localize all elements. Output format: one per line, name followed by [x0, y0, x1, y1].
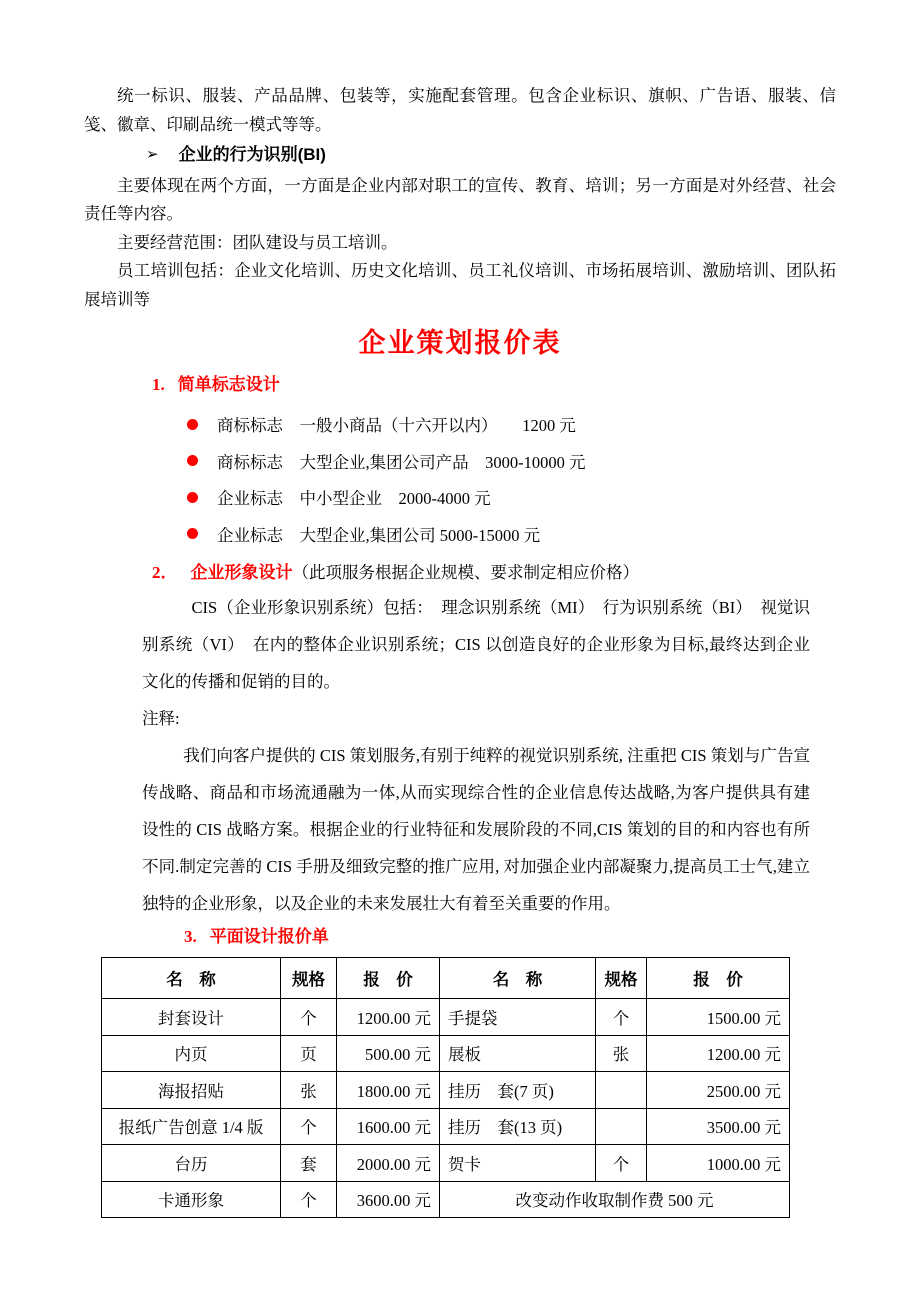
cell-price-right: 1000.00 元 — [647, 1145, 790, 1182]
table-row: 卡通形象 个 3600.00 元 改变动作收取制作费 500 元 — [102, 1181, 790, 1218]
document-page: 统一标识、服装、产品品牌、包装等，实施配套管理。包含企业标识、旗帜、广告语、服装… — [0, 0, 920, 1302]
section2-heading: 2．企业形象设计（此项服务根据企业规模、要求制定相应价格） — [152, 560, 836, 586]
col-header-name-right: 名 称 — [440, 958, 596, 999]
table-row: 封套设计 个 1200.00 元 手提袋 个 1500.00 元 — [102, 999, 790, 1036]
cell-price-right: 1200.00 元 — [647, 1035, 790, 1072]
page-title: 企业策划报价表 — [84, 324, 836, 362]
bullet-icon — [187, 528, 198, 539]
table-header-row: 名 称 规格 报 价 名 称 规格 报 价 — [102, 958, 790, 999]
cell-price-left: 1600.00 元 — [337, 1108, 440, 1145]
col-header-price-left: 报 价 — [337, 958, 440, 999]
cell-price-right: 1500.00 元 — [647, 999, 790, 1036]
cell-merged-note: 改变动作收取制作费 500 元 — [440, 1181, 790, 1218]
cell-name-left: 报纸广告创意 1/4 版 — [102, 1108, 281, 1145]
cell-name-left: 卡通形象 — [102, 1181, 281, 1218]
cell-price-left: 1200.00 元 — [337, 999, 440, 1036]
cis-body-paragraph: 我们向客户提供的 CIS 策划服务,有别于纯粹的视觉识别系统, 注重把 CIS … — [142, 737, 810, 922]
cell-spec-left: 套 — [281, 1145, 337, 1182]
cell-spec-right: 张 — [596, 1035, 647, 1072]
cell-spec-right: 个 — [596, 1145, 647, 1182]
list-item-text: 企业标志 大型企业,集团公司 5000-15000 元 — [217, 522, 540, 546]
list-item: 企业标志 大型企业,集团公司 5000-15000 元 — [187, 516, 836, 553]
bullet-icon — [187, 419, 198, 430]
col-header-price-right: 报 价 — [647, 958, 790, 999]
cell-price-left: 3600.00 元 — [337, 1181, 440, 1218]
cell-spec-right — [596, 1072, 647, 1109]
logo-price-list: 商标标志 一般小商品（十六开以内） 1200 元 商标标志 大型企业,集团公司产… — [84, 406, 836, 552]
intro-paragraph-3: 主要经营范围：团队建设与员工培训。 — [84, 229, 836, 258]
list-item-text: 商标标志 一般小商品（十六开以内） 1200 元 — [217, 412, 576, 436]
cell-price-right: 3500.00 元 — [647, 1108, 790, 1145]
cell-price-right: 2500.00 元 — [647, 1072, 790, 1109]
design-price-table: 名 称 规格 报 价 名 称 规格 报 价 封套设计 个 1200.00 元 手… — [101, 957, 790, 1218]
section3-number: 3. — [184, 927, 197, 946]
cell-spec-right: 个 — [596, 999, 647, 1036]
section1-heading: 1.简单标志设计 — [152, 372, 836, 398]
list-item: 商标标志 一般小商品（十六开以内） 1200 元 — [187, 406, 836, 443]
bullet-icon — [187, 455, 198, 466]
cell-name-right: 挂历 套(13 页) — [440, 1108, 596, 1145]
list-item-text: 企业标志 中小型企业 2000-4000 元 — [217, 485, 491, 509]
cell-price-left: 1800.00 元 — [337, 1072, 440, 1109]
arrowhead-bullet-icon: ➢ — [146, 141, 159, 170]
cell-spec-left: 页 — [281, 1035, 337, 1072]
table-row: 海报招贴 张 1800.00 元 挂历 套(7 页) 2500.00 元 — [102, 1072, 790, 1109]
cell-name-right: 展板 — [440, 1035, 596, 1072]
col-header-name-left: 名 称 — [102, 958, 281, 999]
section3-heading-label: 平面设计报价单 — [210, 927, 329, 946]
cell-name-right: 贺卡 — [440, 1145, 596, 1182]
cell-spec-left: 个 — [281, 1181, 337, 1218]
cell-name-left: 台历 — [102, 1145, 281, 1182]
cell-price-left: 2000.00 元 — [337, 1145, 440, 1182]
bi-bullet-line: ➢ 企业的行为识别(BI) — [146, 141, 836, 170]
section1-heading-label: 简单标志设计 — [178, 375, 280, 394]
list-item: 企业标志 中小型企业 2000-4000 元 — [187, 479, 836, 516]
cell-name-left: 内页 — [102, 1035, 281, 1072]
col-header-spec-left: 规格 — [281, 958, 337, 999]
section2-heading-label: 企业形象设计 — [191, 563, 293, 582]
intro-paragraph-2: 主要体现在两个方面，一方面是企业内部对职工的宣传、教育、培训；另一方面是对外经营… — [84, 172, 836, 229]
section2-number: 2． — [152, 563, 178, 582]
table-row: 内页 页 500.00 元 展板 张 1200.00 元 — [102, 1035, 790, 1072]
cell-spec-left: 个 — [281, 999, 337, 1036]
section1-number: 1. — [152, 375, 165, 394]
cell-name-right: 挂历 套(7 页) — [440, 1072, 596, 1109]
bi-bullet-label: 企业的行为识别(BI) — [179, 141, 326, 170]
cell-name-left: 海报招贴 — [102, 1072, 281, 1109]
cell-spec-right — [596, 1108, 647, 1145]
cis-paragraph: CIS（企业形象识别系统）包括： 理念识别系统（MI） 行为识别系统（BI） 视… — [142, 589, 810, 700]
list-item-text: 商标标志 大型企业,集团公司产品 3000-10000 元 — [217, 449, 586, 473]
note-label: 注释: — [142, 700, 810, 737]
bullet-icon — [187, 492, 198, 503]
cell-price-left: 500.00 元 — [337, 1035, 440, 1072]
table-row: 报纸广告创意 1/4 版 个 1600.00 元 挂历 套(13 页) 3500… — [102, 1108, 790, 1145]
intro-paragraph-4: 员工培训包括：企业文化培训、历史文化培训、员工礼仪培训、市场拓展培训、激励培训、… — [84, 257, 836, 314]
table-row: 台历 套 2000.00 元 贺卡 个 1000.00 元 — [102, 1145, 790, 1182]
section2-heading-note: （此项服务根据企业规模、要求制定相应价格） — [293, 563, 640, 582]
cell-name-right: 手提袋 — [440, 999, 596, 1036]
cell-spec-left: 个 — [281, 1108, 337, 1145]
cell-name-left: 封套设计 — [102, 999, 281, 1036]
list-item: 商标标志 大型企业,集团公司产品 3000-10000 元 — [187, 443, 836, 480]
intro-paragraph-1: 统一标识、服装、产品品牌、包装等，实施配套管理。包含企业标识、旗帜、广告语、服装… — [84, 82, 836, 139]
section3-heading: 3.平面设计报价单 — [184, 924, 836, 950]
cell-spec-left: 张 — [281, 1072, 337, 1109]
col-header-spec-right: 规格 — [596, 958, 647, 999]
